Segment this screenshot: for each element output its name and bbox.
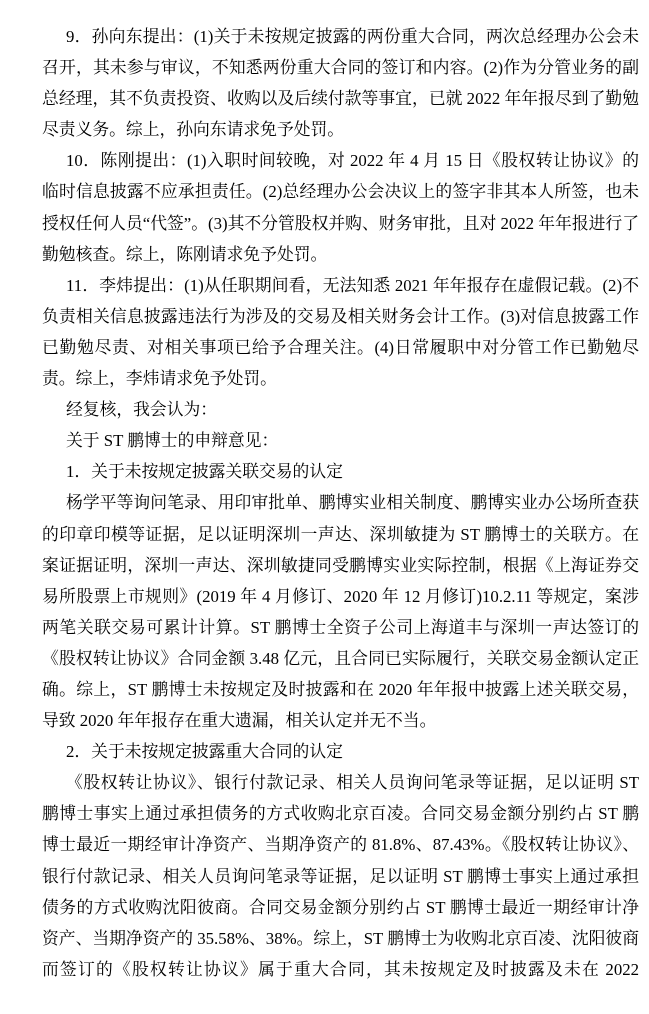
paragraph-finding-2-heading: 2．关于未按规定披露重大合同的认定 [42,736,639,767]
paragraph-appeal-sun-xiangdong: 9．孙向东提出：(1)关于未按规定披露的两份重大合同，两次总经理办公会未召开，其… [42,21,639,145]
paragraph-finding-1-body: 杨学平等询问笔录、用印审批单、鹏博实业相关制度、鹏博实业办公场所查获的印章印模等… [42,487,639,736]
paragraph-appeal-li-wei: 11．李炜提出：(1)从任职期间看，无法知悉 2021 年年报存在虚假记载。(2… [42,270,639,394]
document-page: 9．孙向东提出：(1)关于未按规定披露的两份重大合同，两次总经理办公会未召开，其… [0,0,649,1014]
paragraph-finding-1-heading: 1．关于未按规定披露关联交易的认定 [42,456,639,487]
paragraph-review-intro: 经复核，我会认为： [42,394,639,425]
paragraph-finding-2-body: 《股权转让协议》、银行付款记录、相关人员询问笔录等证据，足以证明 ST 鹏博士事… [42,767,639,985]
paragraph-appeal-chen-gang: 10．陈刚提出：(1)入职时间较晚，对 2022 年 4 月 15 日《股权转让… [42,145,639,269]
paragraph-defense-opinions-heading: 关于 ST 鹏博士的申辩意见： [42,425,639,456]
